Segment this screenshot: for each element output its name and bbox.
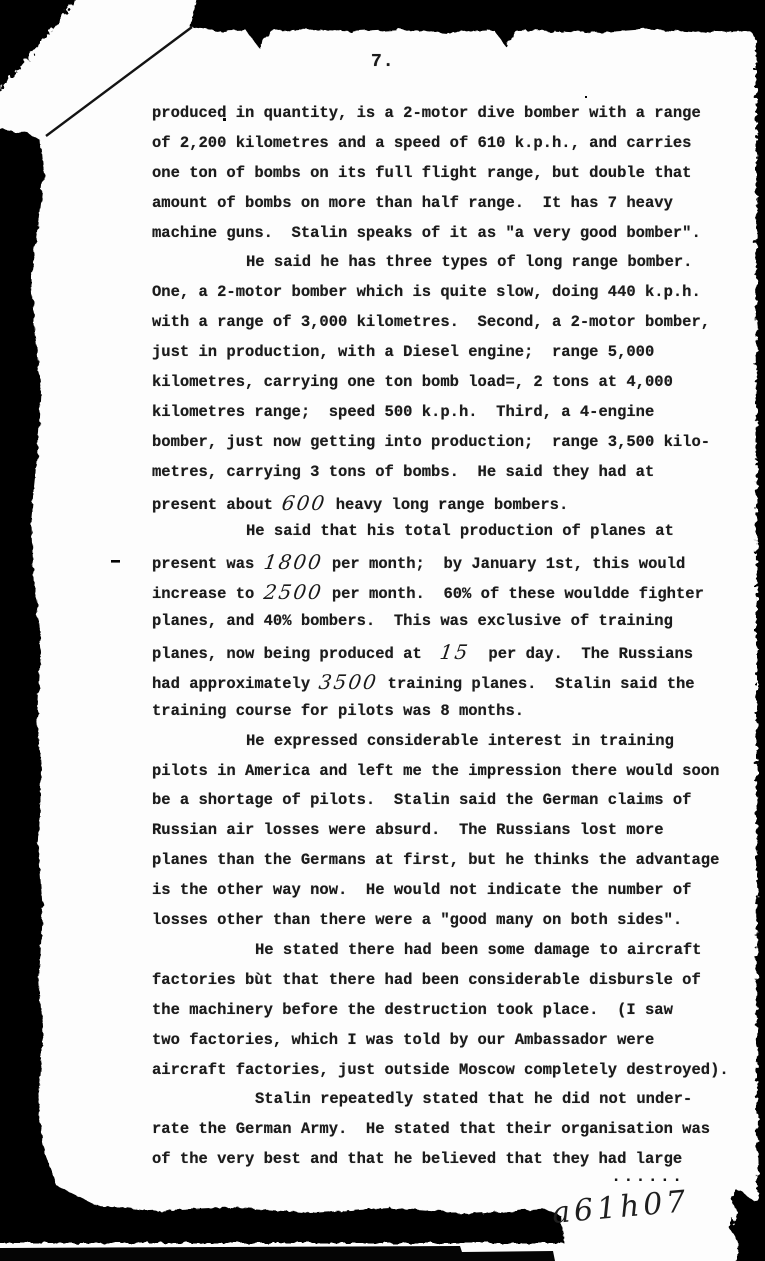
typed-text: per month. 60% of these wouldde fighter (323, 585, 704, 603)
typed-text: heavy long range bombers. (326, 496, 568, 514)
text-line: is the other way now. He would not indic… (152, 876, 742, 906)
text-line: losses other than there were a "good man… (152, 906, 742, 936)
handwritten-number: 3500 (317, 668, 380, 698)
handwritten-annotation: a61h07 (551, 1184, 691, 1231)
margin-dash-artifact (111, 560, 120, 563)
text-line: one ton of bombs on its full flight rang… (152, 159, 742, 189)
text-line: planes, and 40% bombers. This was exclus… (152, 607, 742, 637)
text-line: produced in quantity, is a 2-motor dive … (152, 99, 742, 129)
text-line: two factories, which I was told by our A… (152, 1026, 742, 1056)
speck (585, 96, 587, 98)
text-line: present was 1800 per month; by January 1… (152, 547, 742, 577)
text-line: He expressed considerable interest in tr… (152, 727, 742, 757)
text-line: of 2,200 kilometres and a speed of 610 k… (152, 129, 742, 159)
text-line: factories bùt that there had been consid… (152, 966, 742, 996)
bottom-edge-black-strip (0, 1246, 556, 1261)
text-line: bomber, just now getting into production… (152, 428, 742, 458)
text-line: He said that his total production of pla… (152, 517, 742, 547)
typed-text: present about (152, 496, 282, 514)
text-line: pilots in America and left me the impres… (152, 757, 742, 787)
text-line: He said he has three types of long range… (152, 248, 742, 278)
text-line: kilometres range; speed 500 k.p.h. Third… (152, 398, 742, 428)
typed-text: increase to (152, 585, 264, 603)
text-line: kilometres, carrying one ton bomb load=,… (152, 368, 742, 398)
text-line: had approximately 3500 training planes. … (152, 667, 742, 697)
page-number: 7. (371, 52, 395, 72)
text-line: planes, now being produced at 15 per day… (152, 637, 742, 667)
text-line: machine guns. Stalin speaks of it as "a … (152, 219, 742, 249)
handwritten-number: 2500 (261, 578, 324, 608)
text-line: be a shortage of pilots. Stalin said the… (152, 786, 742, 816)
text-line: just in production, with a Diesel engine… (152, 338, 742, 368)
bottom-right-blob-artifact (729, 1191, 765, 1261)
scanned-document-page: 7. produced in quantity, is a 2-motor di… (0, 0, 765, 1261)
text-line: training course for pilots was 8 months. (152, 697, 742, 727)
document-text: produced in quantity, is a 2-motor dive … (152, 99, 742, 1175)
text-line: Russian air losses were absurd. The Russ… (152, 816, 742, 846)
right-edge-scan-strip (747, 26, 765, 1261)
handwritten-number: 600 (280, 489, 328, 519)
text-line: He stated there had been some damage to … (152, 936, 742, 966)
text-line: One, a 2-motor bomber which is quite slo… (152, 278, 742, 308)
typed-text: present was (152, 555, 264, 573)
text-line: the machinery before the destruction too… (152, 996, 742, 1026)
typed-text: had approximately (152, 675, 319, 693)
text-line: increase to 2500 per month. 60% of these… (152, 577, 742, 607)
top-edge-scan-band (190, 0, 765, 47)
text-line: metres, carrying 3 tons of bombs. He sai… (152, 458, 742, 488)
text-line: with a range of 3,000 kilometres. Second… (152, 308, 742, 338)
typed-text: per month; by January 1st, this would (323, 555, 686, 573)
text-line: rate the German Army. He stated that the… (152, 1115, 742, 1145)
handwritten-number: 1800 (261, 548, 324, 578)
typed-text: per day. The Russians (470, 645, 693, 663)
text-line: present about 600 heavy long range bombe… (152, 488, 742, 518)
handwritten-number: 15 (438, 638, 472, 668)
ellipsis: ...... (611, 1168, 684, 1187)
text-line: aircraft factories, just outside Moscow … (152, 1056, 742, 1086)
text-line: planes than the Germans at first, but he… (152, 846, 742, 876)
typed-text: planes, now being produced at (152, 645, 440, 663)
text-line: Stalin repeatedly stated that he did not… (152, 1085, 742, 1115)
text-line: amount of bombs on more than half range.… (152, 189, 742, 219)
typed-text: training planes. Stalin said the (378, 675, 694, 693)
folded-corner-artifact (0, 0, 80, 97)
